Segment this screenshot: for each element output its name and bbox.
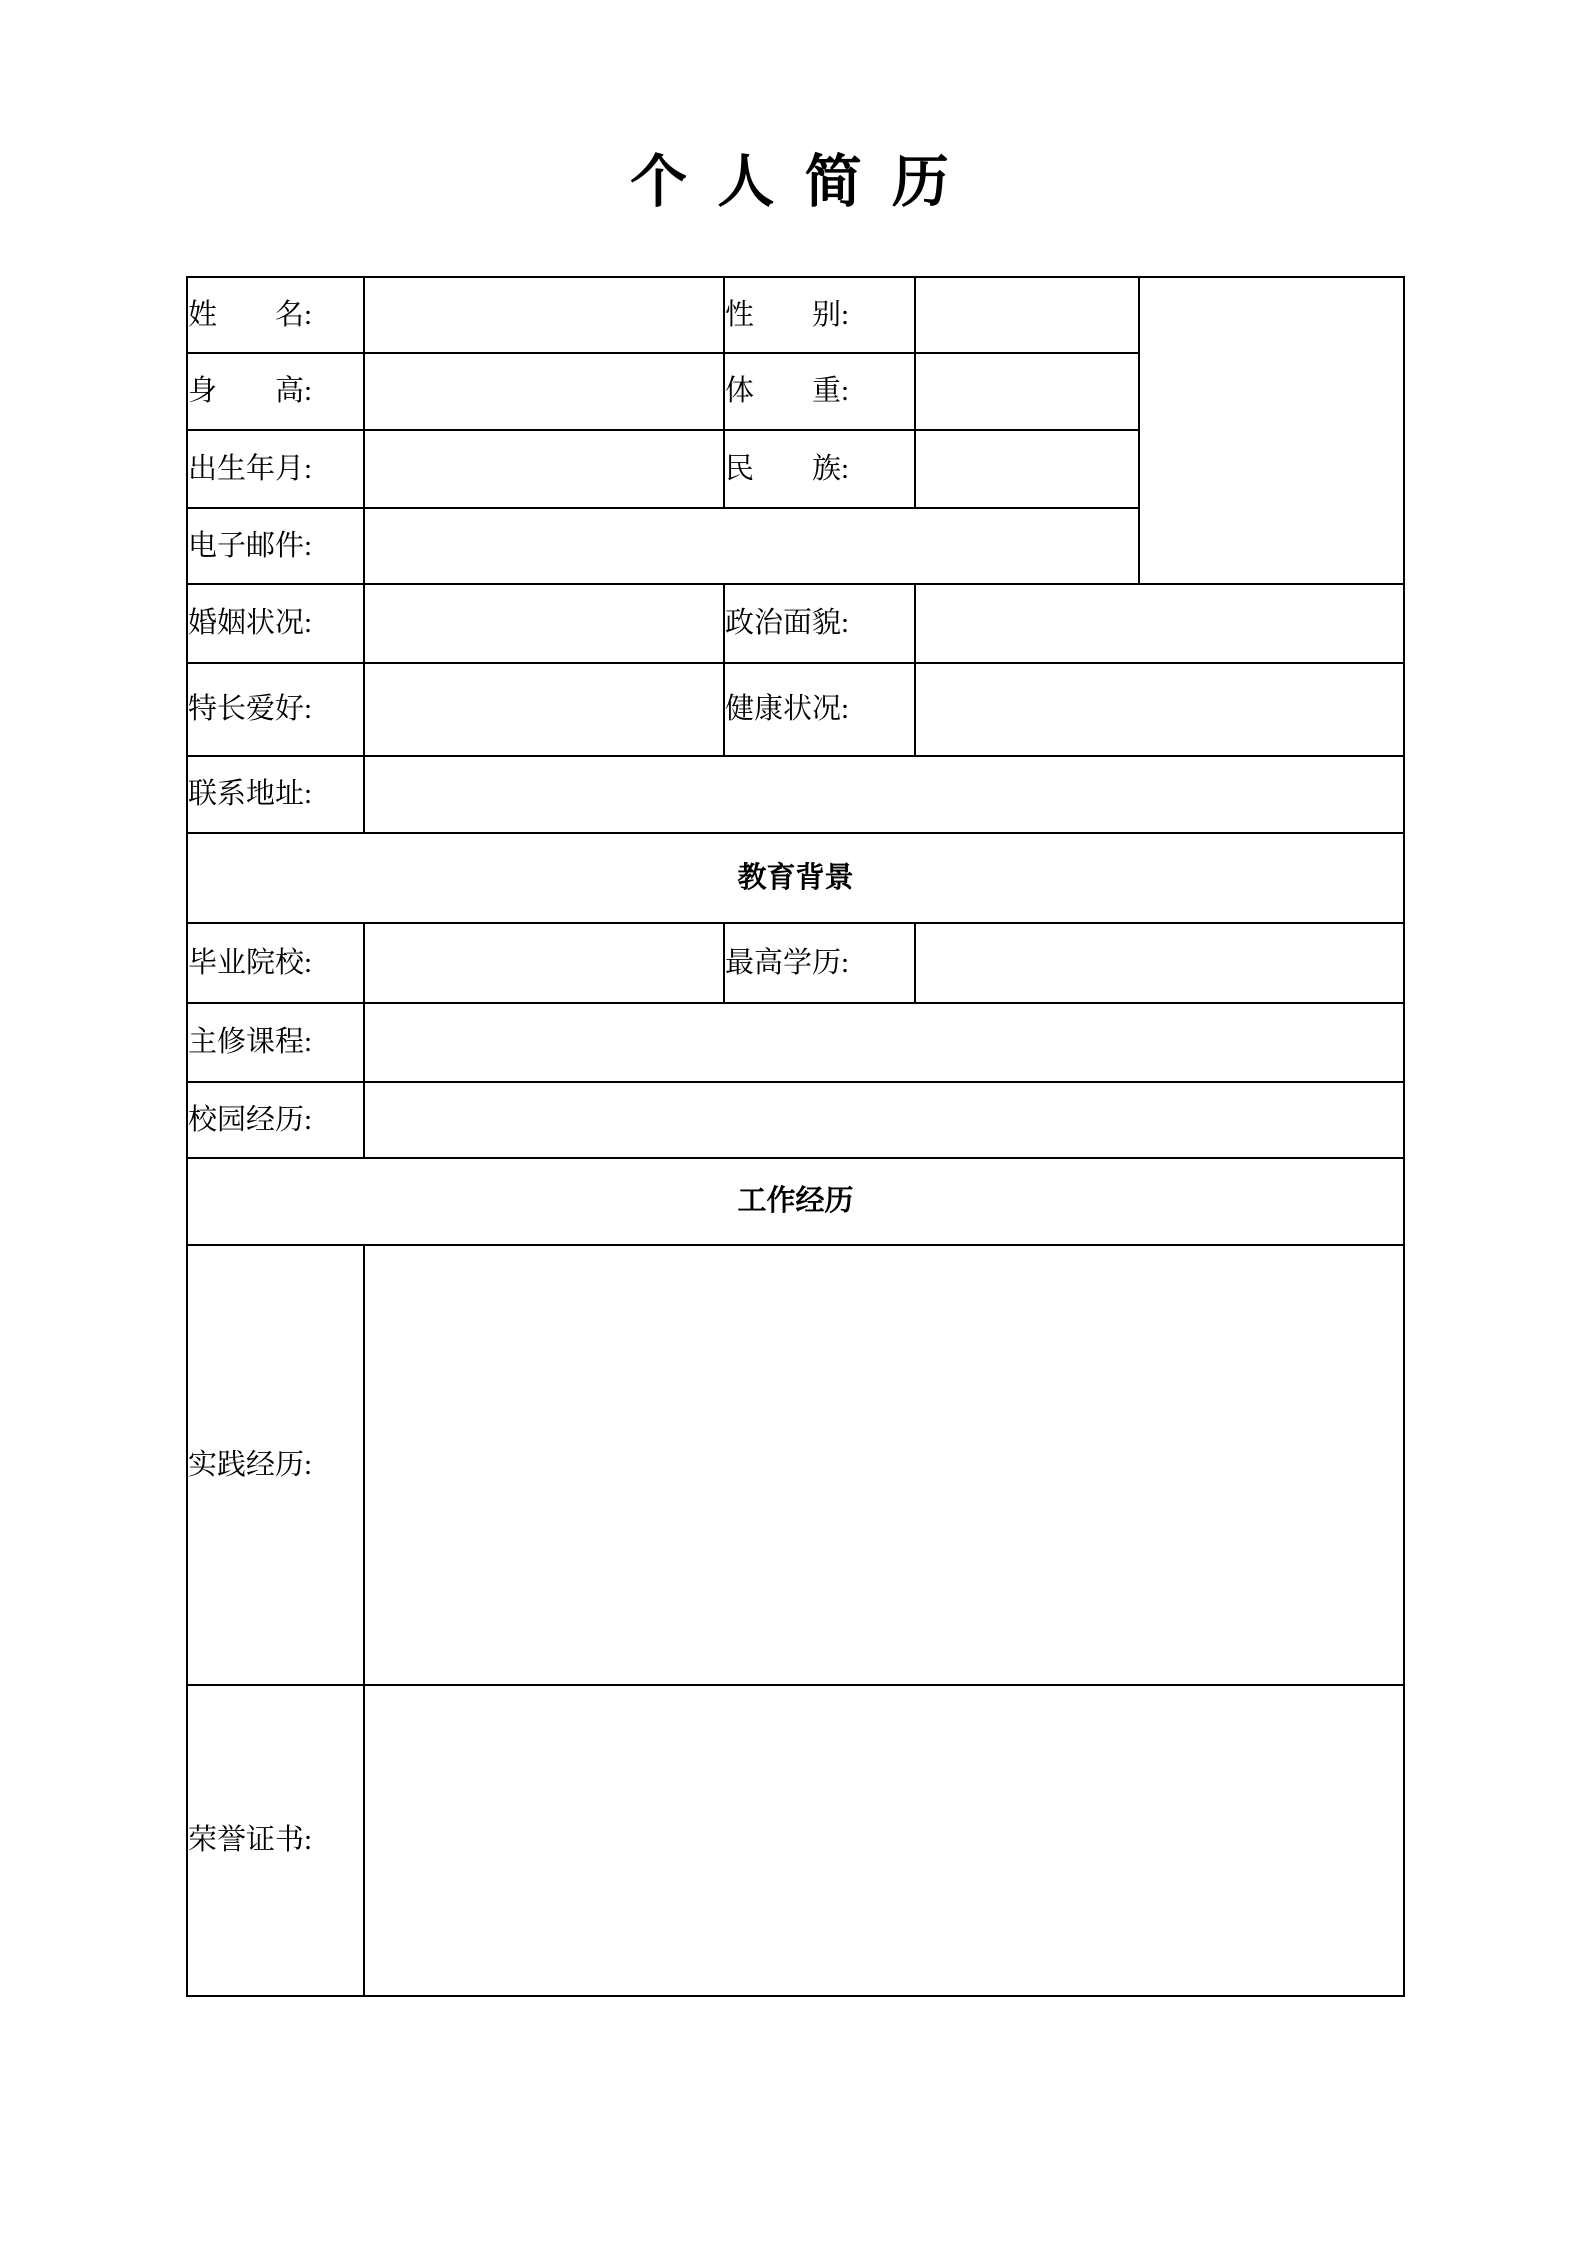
birthdate-value-cell[interactable] [364,430,724,508]
address-value-cell[interactable] [364,756,1404,833]
health-label: 健康状况: [724,663,915,756]
ethnicity-value-cell[interactable] [915,430,1139,508]
ethnicity-label: 民 族: [724,430,915,508]
highest-degree-value-cell[interactable] [915,923,1404,1003]
row-address: 联系地址: [187,756,1404,833]
email-label: 电子邮件: [187,508,364,584]
row-hobbies-health: 特长爱好: 健康状况: [187,663,1404,756]
political-status-label: 政治面貌: [724,584,915,663]
highest-degree-label: 最高学历: [724,923,915,1003]
email-value-cell[interactable] [364,508,1139,584]
hobbies-label: 特长爱好: [187,663,364,756]
resume-table: 姓 名: 性 别: 身 高: 体 重: 出生年月: 民 族: 电子邮件: [186,276,1405,1997]
resume-page: 个 人 简 历 姓 名: 性 别: 身 高: 体 重: [0,0,1587,2245]
height-label: 身 高: [187,353,364,430]
marital-status-label: 婚姻状况: [187,584,364,663]
major-courses-value-cell[interactable] [364,1003,1404,1082]
weight-value-cell[interactable] [915,353,1139,430]
practice-experience-value-cell[interactable] [364,1245,1404,1685]
row-name-gender: 姓 名: 性 别: [187,277,1404,353]
campus-experience-label: 校园经历: [187,1082,364,1158]
gender-label: 性 别: [724,277,915,353]
row-practice-experience: 实践经历: [187,1245,1404,1685]
campus-experience-value-cell[interactable] [364,1082,1404,1158]
political-status-value-cell[interactable] [915,584,1404,663]
birthdate-label: 出生年月: [187,430,364,508]
address-label: 联系地址: [187,756,364,833]
name-value-cell[interactable] [364,277,724,353]
graduate-school-value-cell[interactable] [364,923,724,1003]
row-work-header: 工作经历 [187,1158,1404,1245]
row-education-header: 教育背景 [187,833,1404,923]
row-marital-political: 婚姻状况: 政治面貌: [187,584,1404,663]
honors-value-cell[interactable] [364,1685,1404,1996]
work-section-header: 工作经历 [187,1158,1404,1245]
hobbies-value-cell[interactable] [364,663,724,756]
row-major-courses: 主修课程: [187,1003,1404,1082]
honors-label: 荣誉证书: [187,1685,364,1996]
practice-experience-label: 实践经历: [187,1245,364,1685]
page-title: 个 人 简 历 [0,136,1587,218]
row-campus-experience: 校园经历: [187,1082,1404,1158]
gender-value-cell[interactable] [915,277,1139,353]
education-section-header: 教育背景 [187,833,1404,923]
name-label: 姓 名: [187,277,364,353]
marital-status-value-cell[interactable] [364,584,724,663]
photo-area[interactable] [1139,277,1404,584]
major-courses-label: 主修课程: [187,1003,364,1082]
graduate-school-label: 毕业院校: [187,923,364,1003]
row-honors: 荣誉证书: [187,1685,1404,1996]
weight-label: 体 重: [724,353,915,430]
height-value-cell[interactable] [364,353,724,430]
health-value-cell[interactable] [915,663,1404,756]
row-school-degree: 毕业院校: 最高学历: [187,923,1404,1003]
